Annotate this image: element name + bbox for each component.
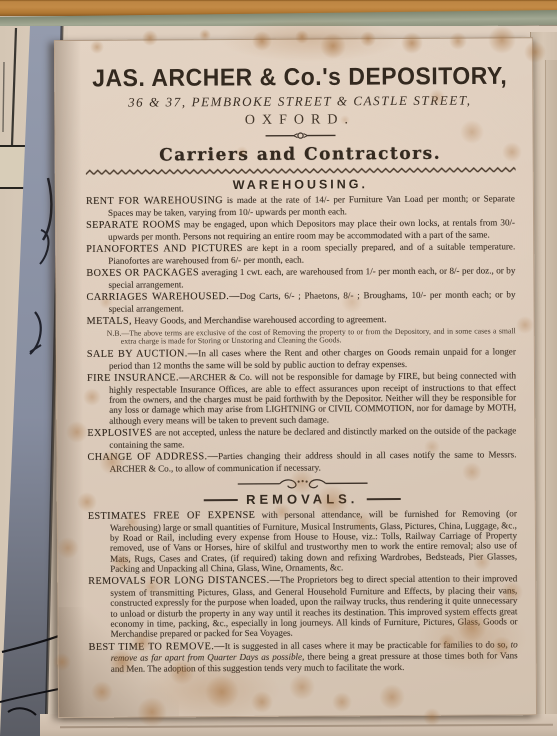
warehousing-entry: FIRE INSURANCE.—ARCHER & Co. will not be… [87, 370, 516, 426]
warehousing-entry: METALS, Heavy Goods, and Merchandise war… [87, 313, 516, 327]
warehousing-entry: RENT FOR WAREHOUSING is made at the rate… [86, 193, 515, 218]
warehousing-entry: CHANGE OF ADDRESS.—Parties changing thei… [87, 449, 516, 474]
entry-lead: METALS, [87, 316, 132, 327]
city-name: OXFORD. [85, 111, 514, 130]
removals-entry: REMOVALS FOR LONG DISTANCES.—The Proprie… [88, 574, 517, 640]
warehousing-entry: CARRIAGES WAREHOUSED.—Dog Carts, 6/- ; P… [86, 289, 515, 314]
scroll-flourish [237, 476, 367, 489]
entry-lead: REMOVALS FOR LONG DISTANCES.— [88, 575, 280, 587]
entry-text: are not accepted, unless the nature be d… [109, 425, 516, 449]
entry-lead: SEPARATE ROOMS [86, 219, 181, 231]
underlying-page-edge [545, 60, 557, 736]
entry-lead: RENT FOR WAREHOUSING [86, 195, 223, 207]
removals-entry: BEST TIME TO REMOVE.—It is suggested in … [89, 639, 518, 674]
entry-lead: FIRE INSURANCE.— [87, 372, 190, 384]
company-title: JAS. ARCHER & Co.'s DEPOSITORY, [85, 61, 514, 92]
photographed-book-page: JAS. ARCHER & Co.'s DEPOSITORY, 36 & 37,… [0, 0, 557, 736]
removals-heading: REMOVALS. [246, 491, 358, 507]
advertisement-page: JAS. ARCHER & Co.'s DEPOSITORY, 36 & 37,… [54, 37, 537, 718]
warehousing-heading: WAREHOUSING. [86, 176, 515, 193]
advert-content: JAS. ARCHER & Co.'s DEPOSITORY, 36 & 37,… [55, 38, 536, 717]
nb-note: N.B.—The above terms are exclusive of th… [87, 327, 516, 347]
heading-rule [204, 498, 238, 500]
street-address: 36 & 37, PEMBROKE STREET & CASTLE STREET… [85, 92, 514, 111]
entry-lead: BOXES OR PACKAGES [86, 267, 199, 279]
ornament-divider [265, 131, 335, 139]
entry-lead: SALE BY AUCTION.— [87, 348, 198, 360]
removals-entries: ESTIMATES FREE OF EXPENSE with personal … [88, 508, 518, 674]
trade-subtitle: Carriers and Contractors. [86, 143, 515, 166]
entry-lead: CARRIAGES WAREHOUSED.— [86, 291, 239, 303]
entry-lead: CHANGE OF ADDRESS.— [87, 451, 218, 463]
entry-lead: BEST TIME TO REMOVE.— [89, 641, 225, 653]
warehousing-entry: SALE BY AUCTION.—In all cases where the … [87, 346, 516, 371]
warehousing-entry: BOXES OR PACKAGES averaging 1 cwt. each,… [86, 265, 515, 290]
entry-lead: PIANOFORTES AND PICTURES [86, 243, 243, 255]
removals-entry: ESTIMATES FREE OF EXPENSE with personal … [88, 508, 517, 574]
removals-heading-row: REMOVALS. [88, 490, 517, 508]
zigzag-divider [86, 166, 516, 176]
entry-text: Heavy Goods, and Merchandise warehoused … [132, 314, 387, 326]
warehousing-entries: RENT FOR WAREHOUSING is made at the rate… [86, 193, 517, 474]
warehousing-entry: SEPARATE ROOMS may be engaged, upon whic… [86, 217, 515, 242]
warehousing-entry: PIANOFORTES AND PICTURES are kept in a r… [86, 241, 515, 266]
heading-rule [366, 498, 400, 500]
entry-lead: ESTIMATES FREE OF EXPENSE [88, 510, 256, 522]
entry-lead: EXPLOSIVES [87, 428, 152, 439]
warehousing-entry: EXPLOSIVES are not accepted, unless the … [87, 425, 516, 450]
entry-text: It is suggested in all cases where it ma… [225, 639, 511, 651]
